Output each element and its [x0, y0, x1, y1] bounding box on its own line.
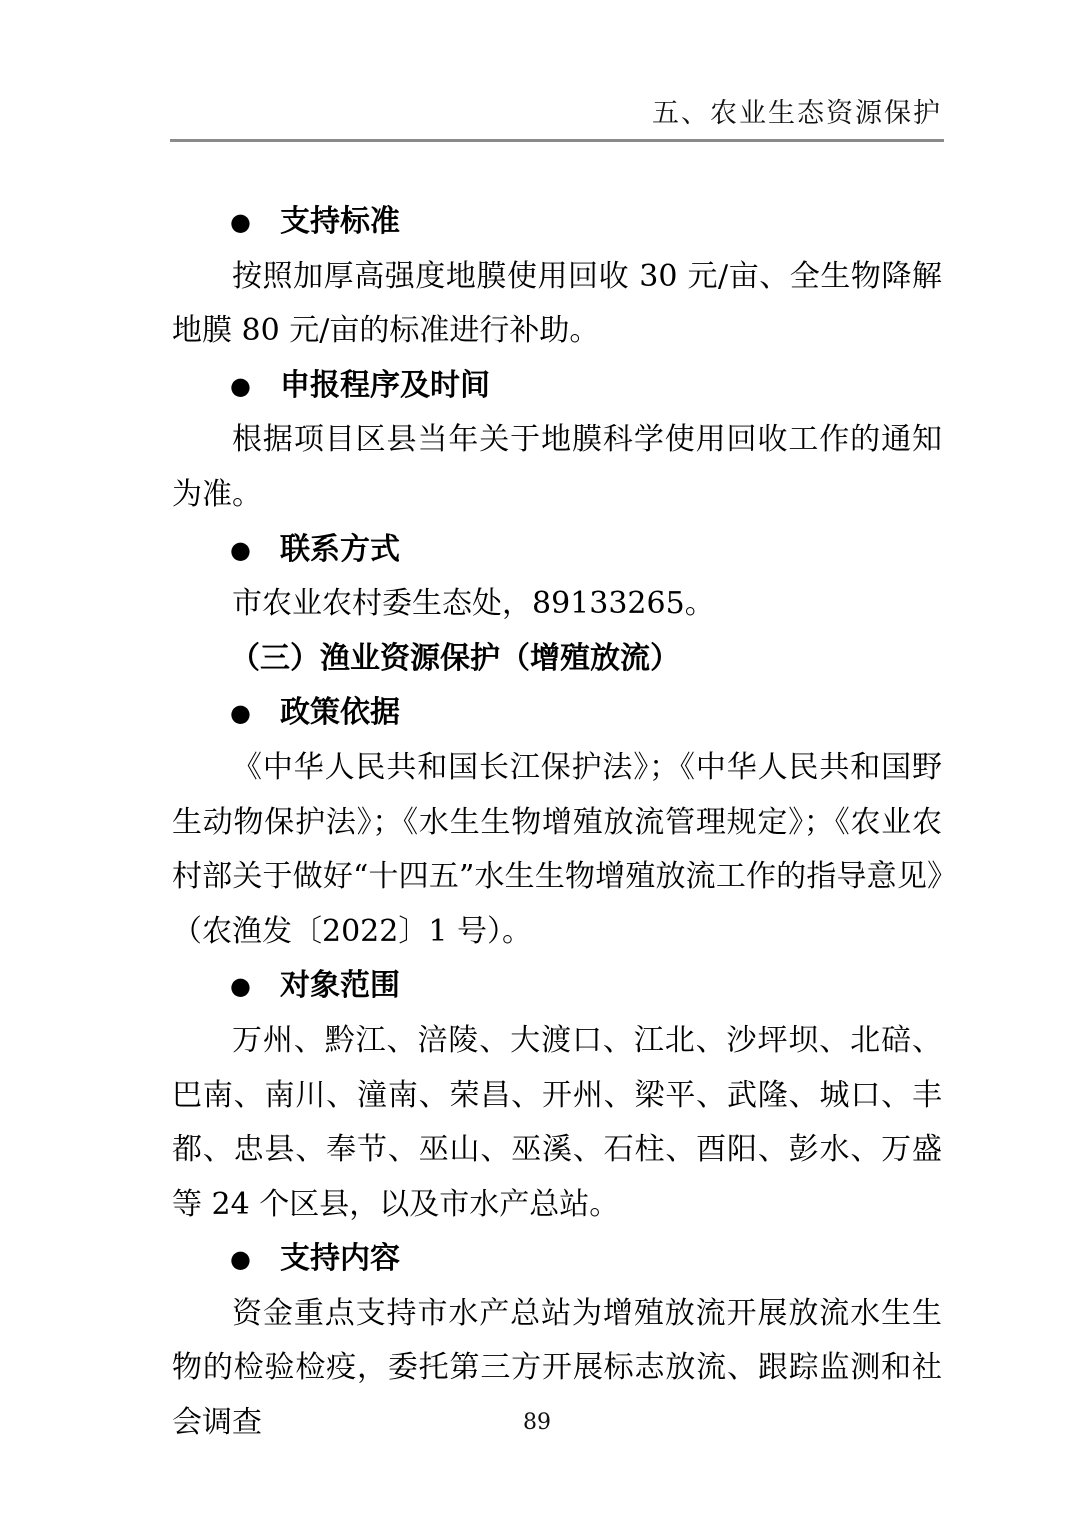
bullet-icon: ● — [230, 359, 280, 414]
bullet-heading-support-content: ●支持内容 — [172, 1232, 942, 1287]
page-header-section-title: 五、农业生态资源保护 — [172, 97, 942, 131]
bullet-icon: ● — [230, 1232, 280, 1287]
bullet-heading-policy-basis: ●政策依据 — [172, 686, 942, 741]
paragraph-contact-info: 市农业农村委生态处，89133265。 — [172, 577, 942, 632]
paragraph-target-scope: 万州、黔江、涪陵、大渡口、江北、沙坪坝、北碚、巴南、南川、潼南、荣昌、开州、梁平… — [172, 1014, 942, 1232]
bullet-icon: ● — [230, 195, 280, 250]
bullet-heading-target-scope: ●对象范围 — [172, 959, 942, 1014]
bullet-heading-label: 对象范围 — [280, 968, 400, 1003]
bullet-icon: ● — [230, 523, 280, 578]
paragraph-policy-basis: 《中华人民共和国长江保护法》；《中华人民共和国野生动物保护法》；《水生生物增殖放… — [172, 741, 942, 959]
bullet-heading-label: 支持内容 — [280, 1241, 400, 1276]
paragraph-support-standard: 按照加厚高强度地膜使用回收 30 元/亩、全生物降解地膜 80 元/亩的标准进行… — [172, 250, 942, 359]
bullet-heading-application-procedure: ●申报程序及时间 — [172, 359, 942, 414]
subheading-fishery-resource-protection: （三）渔业资源保护（增殖放流） — [172, 632, 942, 687]
bullet-heading-support-standard: ●支持标准 — [172, 195, 942, 250]
bullet-heading-label: 政策依据 — [280, 695, 400, 730]
bullet-icon: ● — [230, 959, 280, 1014]
bullet-icon: ● — [230, 686, 280, 741]
header-divider-rule — [170, 139, 944, 142]
bullet-heading-label: 支持标准 — [280, 204, 400, 239]
bullet-heading-label: 联系方式 — [280, 532, 400, 567]
page-number: 89 — [0, 1408, 1074, 1438]
document-page: 五、农业生态资源保护 ●支持标准 按照加厚高强度地膜使用回收 30 元/亩、全生… — [0, 0, 1074, 1520]
document-body: ●支持标准 按照加厚高强度地膜使用回收 30 元/亩、全生物降解地膜 80 元/… — [172, 195, 942, 1451]
paragraph-application-procedure: 根据项目区县当年关于地膜科学使用回收工作的通知为准。 — [172, 413, 942, 522]
bullet-heading-contact-info: ●联系方式 — [172, 523, 942, 578]
bullet-heading-label: 申报程序及时间 — [280, 368, 490, 403]
